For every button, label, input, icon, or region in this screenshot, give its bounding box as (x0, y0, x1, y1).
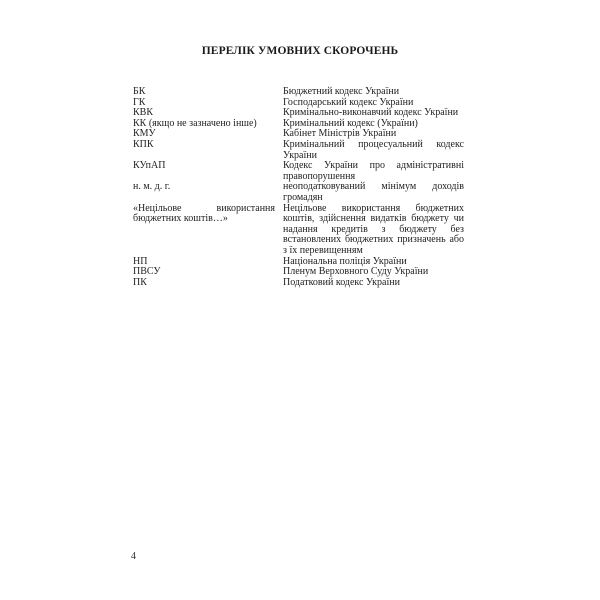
document-page: ПЕРЕЛІК УМОВНИХ СКОРОЧЕНЬ БКБюджетний ко… (0, 0, 600, 600)
abbreviation-term: н. м. д. г. (133, 182, 283, 203)
abbreviation-definition: Податковий кодекс України (283, 278, 464, 289)
abbreviation-row: н. м. д. г.неоподатковуваний мінімум дох… (133, 182, 464, 203)
abbreviation-row: «Нецільове використання бюджетних коштів… (133, 204, 464, 257)
abbreviation-term: КМУ (133, 129, 283, 140)
abbreviation-term: БК (133, 87, 283, 98)
abbreviation-row: БКБюджетний кодекс України (133, 87, 464, 98)
abbreviation-term: ГК (133, 98, 283, 109)
abbreviation-definition: Кодекс України про адміністративні право… (283, 161, 464, 182)
abbreviation-term: ПК (133, 278, 283, 289)
page-number: 4 (131, 551, 136, 562)
abbreviation-definition: Кримінальний процесуальний кодекс Україн… (283, 140, 464, 161)
abbreviation-term: ПВСУ (133, 267, 283, 278)
abbreviation-row: ПКПодатковий кодекс України (133, 278, 464, 289)
abbreviation-definition: Нецільове використання бюджетних коштів,… (283, 204, 464, 257)
abbreviation-row: КУпАПКодекс України про адміністративні … (133, 161, 464, 182)
page-title: ПЕРЕЛІК УМОВНИХ СКОРОЧЕНЬ (0, 45, 600, 57)
abbreviation-row: КПККримінальний процесуальний кодекс Укр… (133, 140, 464, 161)
abbreviation-term: «Нецільове використання бюджетних коштів… (133, 204, 283, 257)
abbreviation-definition: неоподатковуваний мінімум доходів громад… (283, 182, 464, 203)
abbreviation-term: КПК (133, 140, 283, 161)
abbreviation-term: КУпАП (133, 161, 283, 182)
abbreviation-definition: Бюджетний кодекс України (283, 87, 464, 98)
abbreviations-list: БКБюджетний кодекс УкраїниГКГосподарськи… (133, 87, 464, 288)
